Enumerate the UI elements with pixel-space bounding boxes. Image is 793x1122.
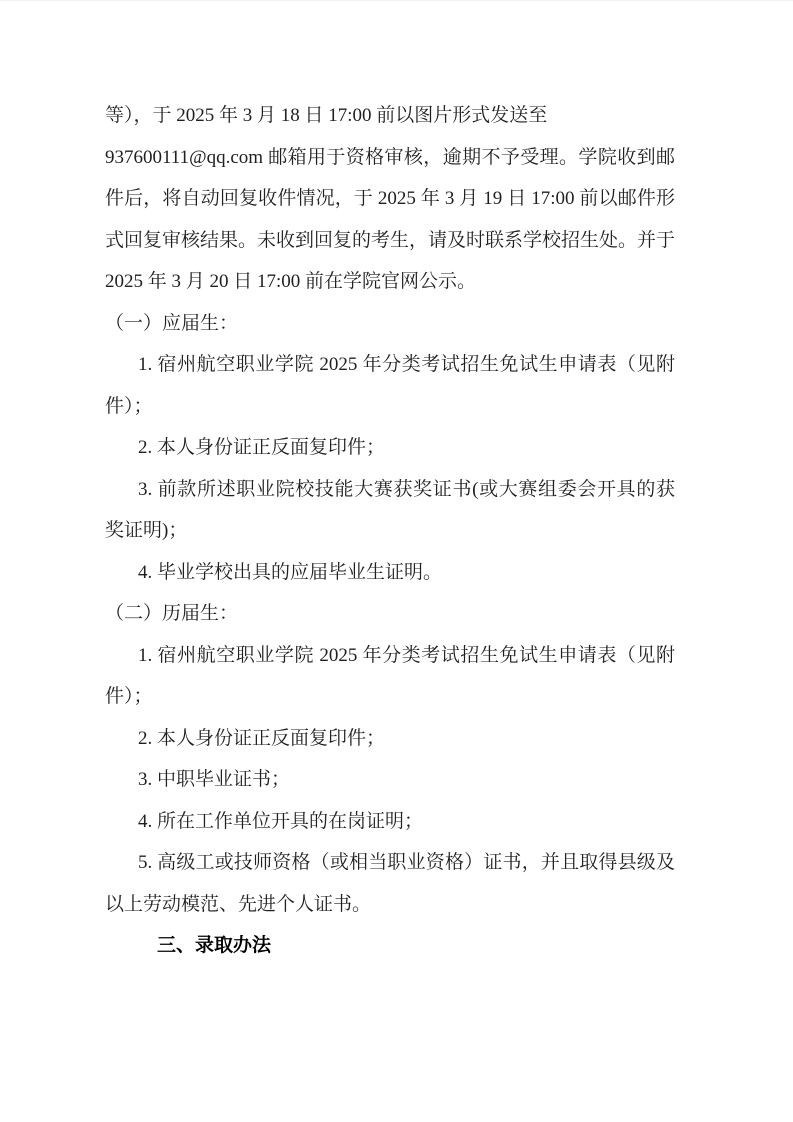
subsection-heading: （一）应届生： xyxy=(105,303,675,345)
document-text-block: 等），于 2025 年 3 月 18 日 17:00 前以图片形式发送至9376… xyxy=(105,95,675,967)
list-item-line: 1. 宿州航空职业学院 2025 年分类考试招生免试生申请表（见附 xyxy=(105,344,675,386)
document-page-background: { "colors": { "page_background": "#fffff… xyxy=(0,0,793,1122)
list-item-line: 2. 本人身份证正反面复印件； xyxy=(105,718,675,760)
subsection-heading: （二）历届生： xyxy=(105,593,675,635)
body-text-line: 件）； xyxy=(105,676,675,718)
list-item-line: 1. 宿州航空职业学院 2025 年分类考试招生免试生申请表（见附 xyxy=(105,635,675,677)
list-item-line: 2. 本人身份证正反面复印件； xyxy=(105,427,675,469)
body-text-line: 式回复审核结果。未收到回复的考生，请及时联系学校招生处。并于 xyxy=(105,220,675,262)
body-text-line: 件）； xyxy=(105,386,675,428)
body-text-line: 奖证明)； xyxy=(105,510,675,552)
body-text-line: 937600111@qq.com 邮箱用于资格审核，逾期不予受理。学院收到邮 xyxy=(105,137,675,179)
list-item-line: 4. 毕业学校出具的应届毕业生证明。 xyxy=(105,552,675,594)
body-text-line: 等），于 2025 年 3 月 18 日 17:00 前以图片形式发送至 xyxy=(105,95,675,137)
section-heading: 三、录取办法 xyxy=(105,925,675,967)
document-page: 等），于 2025 年 3 月 18 日 17:00 前以图片形式发送至9376… xyxy=(0,0,793,1122)
body-text-line: 2025 年 3 月 20 日 17:00 前在学院官网公示。 xyxy=(105,261,675,303)
list-item-line: 3. 中职毕业证书； xyxy=(105,759,675,801)
body-text-line: 以上劳动模范、先进个人证书。 xyxy=(105,884,675,926)
list-item-line: 3. 前款所述职业院校技能大赛获奖证书(或大赛组委会开具的获 xyxy=(105,469,675,511)
list-item-line: 4. 所在工作单位开具的在岗证明； xyxy=(105,801,675,843)
body-text-line: 件后，将自动回复收件情况，于 2025 年 3 月 19 日 17:00 前以邮… xyxy=(105,178,675,220)
list-item-line: 5. 高级工或技师资格（或相当职业资格）证书，并且取得县级及 xyxy=(105,842,675,884)
